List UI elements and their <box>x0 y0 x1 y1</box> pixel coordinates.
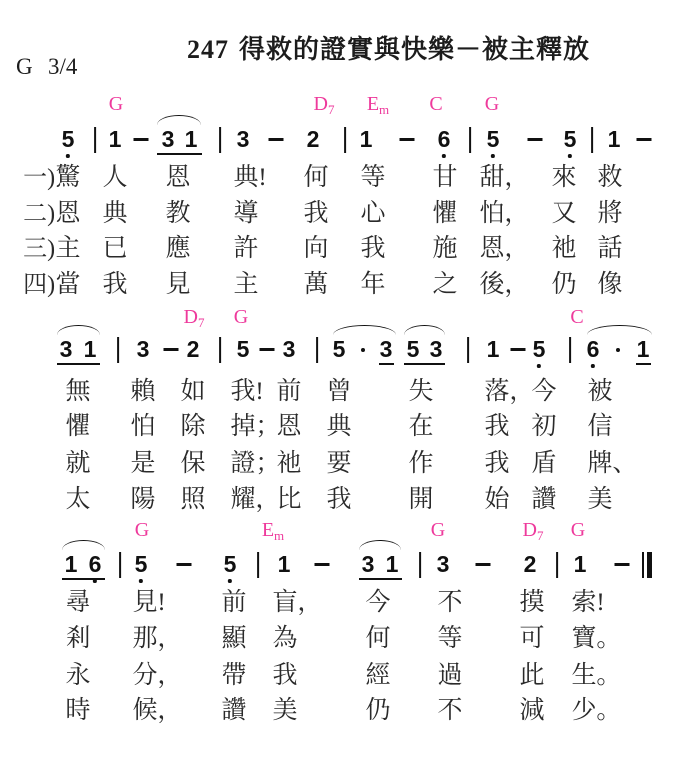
lyric-syllable: 曾 <box>325 378 353 406</box>
lyric-char: 為 <box>272 625 297 652</box>
lyric-syllable: 我 <box>483 413 511 441</box>
lyric-char: 美 <box>587 486 612 513</box>
punctuation: ! <box>255 378 263 406</box>
note-number: 2 <box>187 336 200 362</box>
duration-dash <box>177 563 192 566</box>
note-number: 5 <box>407 336 420 362</box>
lyric-syllable: 將 <box>596 200 624 228</box>
lyric-char: 除 <box>180 413 205 440</box>
lyric-char: 美 <box>272 697 297 724</box>
verse-number: 二) <box>23 200 55 228</box>
lyric-char: 我 <box>360 235 385 262</box>
lyric-char: 如 <box>180 378 205 405</box>
lyric-syllable: 失 <box>407 378 435 406</box>
lyric-char: 主 <box>55 235 80 262</box>
lyric-syllable: 信 <box>586 413 614 441</box>
lyric-syllable: 剎 <box>64 625 92 653</box>
low-octave-dot <box>591 364 595 368</box>
chord-label: C <box>429 93 442 115</box>
lyric-syllable: 讚 <box>530 486 558 514</box>
note-number: 1 <box>109 126 122 152</box>
slur-arc <box>62 540 105 550</box>
note-number: 1 <box>386 551 399 577</box>
lyric-char: 典 <box>233 164 258 191</box>
duration-dash <box>315 563 330 566</box>
lyric-syllable: 美 <box>586 486 614 514</box>
eighth-note-beam <box>62 578 105 580</box>
slur-arc <box>587 325 652 335</box>
lyric-char: 賴 <box>130 378 155 405</box>
lyric-char: 此 <box>519 662 544 689</box>
chord-root: G <box>135 519 149 541</box>
lyric-syllable: 又 <box>550 200 578 228</box>
low-octave-dot <box>228 579 232 583</box>
lyric-char: 來 <box>551 164 576 191</box>
lyric-syllable: 甜， <box>478 164 506 192</box>
punctuation: ， <box>504 164 529 192</box>
punctuation: ， <box>504 200 529 228</box>
lyric-char: 不 <box>437 697 462 724</box>
eighth-note-beam <box>157 153 202 155</box>
note-number: 3 <box>283 336 296 362</box>
lyric-char: 年 <box>360 271 385 298</box>
barline <box>316 337 318 363</box>
lyric-char: 牌 <box>587 450 612 477</box>
lyric-syllable: 心 <box>359 200 387 228</box>
lyric-char: 在 <box>408 413 433 440</box>
lyric-syllable: 耀， <box>229 486 257 514</box>
lyric-char: 剎 <box>65 625 90 652</box>
note-number: 2 <box>524 551 537 577</box>
lyric-char: 前 <box>276 378 301 405</box>
chord-label: C <box>570 306 583 328</box>
punctuation: ， <box>157 697 182 725</box>
chord-root: G <box>234 306 248 328</box>
chord-label: D7 <box>314 93 335 121</box>
lyric-syllable: 一)驚 <box>54 164 82 192</box>
lyric-char: 當 <box>55 271 80 298</box>
lyric-syllable: 教 <box>164 200 192 228</box>
chord-subscript: 7 <box>328 102 335 117</box>
lyric-syllable: 我! <box>229 378 257 406</box>
lyric-syllable: 後， <box>478 271 506 299</box>
chord-root: C <box>429 93 442 115</box>
punctuation: ! <box>157 589 165 617</box>
lyric-syllable: 主 <box>232 271 260 299</box>
lyric-syllable: 見 <box>164 271 192 299</box>
lyric-char: 被 <box>587 378 612 405</box>
barline <box>556 552 558 578</box>
lyric-char: 我 <box>484 413 509 440</box>
eighth-note-beam <box>636 363 651 365</box>
barline <box>117 337 119 363</box>
time-signature: 3/4 <box>48 54 77 80</box>
note-number: 1 <box>360 126 373 152</box>
lyric-char: 耀 <box>230 486 255 513</box>
lyric-syllable: 此 <box>518 662 546 690</box>
note-number: 5 <box>487 126 500 152</box>
lyric-syllable: 作 <box>407 450 435 478</box>
lyric-char: 像 <box>597 271 622 298</box>
chord-label: Em <box>367 93 389 121</box>
lyric-syllable: 顯 <box>220 625 248 653</box>
lyric-syllable: 就 <box>64 450 92 478</box>
lyric-syllable: 美 <box>271 697 299 725</box>
chord-label: G <box>234 306 248 328</box>
lyric-syllable: 年 <box>359 271 387 299</box>
chord-label: Em <box>262 519 284 547</box>
note-number: 2 <box>307 126 320 152</box>
chord-label: D7 <box>184 306 205 334</box>
lyric-syllable: 要 <box>325 450 353 478</box>
lyric-char: 照 <box>180 486 205 513</box>
lyric-syllable: 生。 <box>570 662 598 690</box>
chord-root: D <box>184 306 198 328</box>
lyric-char: 仍 <box>551 271 576 298</box>
lyric-syllable: 今 <box>530 378 558 406</box>
note-number: 3 <box>137 336 150 362</box>
lyric-char: 仍 <box>365 697 390 724</box>
key-signature: G <box>16 54 33 80</box>
lyric-syllable: 典! <box>232 164 260 192</box>
low-octave-dot <box>568 154 572 158</box>
eighth-note-beam <box>379 363 394 365</box>
note-number: 3 <box>437 551 450 577</box>
lyric-char: 祂 <box>276 450 301 477</box>
lyric-syllable: 恩 <box>275 413 303 441</box>
eighth-note-beam <box>57 363 100 365</box>
lyric-syllable: 被 <box>586 378 614 406</box>
lyric-char: 已 <box>102 235 127 262</box>
lyric-syllable: 在 <box>407 413 435 441</box>
lyric-char: 無 <box>65 378 90 405</box>
barline <box>467 337 469 363</box>
lyric-char: 見 <box>132 589 157 616</box>
lyric-char: 人 <box>102 164 127 191</box>
note-number: 5 <box>224 551 237 577</box>
lyric-char: 何 <box>365 625 390 652</box>
lyric-syllable: 我 <box>359 235 387 263</box>
punctuation: ， <box>504 235 529 263</box>
slur-arc <box>404 325 445 335</box>
lyric-syllable: 可 <box>518 625 546 653</box>
lyric-syllable: 何 <box>302 164 330 192</box>
lyric-char: 盾 <box>531 450 556 477</box>
note-number: 5 <box>62 126 75 152</box>
chord-root: G <box>431 519 445 541</box>
lyric-syllable: 始 <box>483 486 511 514</box>
barline <box>569 337 571 363</box>
lyric-syllable: 仍 <box>364 697 392 725</box>
lyric-syllable: 掉； <box>229 413 257 441</box>
hymn-title-row: 247得救的證實與快樂－被主釋放 <box>187 29 590 66</box>
lyric-syllable: 導 <box>232 200 260 228</box>
chord-root: E <box>262 519 274 541</box>
chord-subscript: 7 <box>537 528 544 543</box>
lyric-char: 今 <box>531 378 556 405</box>
lyric-char: 盲 <box>272 589 297 616</box>
duration-dash <box>528 138 543 141</box>
lyric-syllable: 向 <box>302 235 330 263</box>
punctuation: ， <box>504 271 529 299</box>
note-number: 3 <box>380 336 393 362</box>
chord-root: D <box>314 93 328 115</box>
note-number: 5 <box>237 336 250 362</box>
hymn-title: 得救的證實與快樂－被主釋放 <box>239 35 590 64</box>
lyric-char: 應 <box>165 235 190 262</box>
note-number: 1 <box>278 551 291 577</box>
note-number: 5 <box>135 551 148 577</box>
low-octave-dot <box>66 154 70 158</box>
barline <box>119 552 121 578</box>
lyric-char: 我 <box>102 271 127 298</box>
lyric-syllable: 我 <box>101 271 129 299</box>
punctuation: 、 <box>612 450 637 478</box>
lyric-syllable: 祂 <box>275 450 303 478</box>
verse-number: 四) <box>23 271 55 299</box>
lyric-char: 陽 <box>130 486 155 513</box>
lyric-syllable: 怕， <box>478 200 506 228</box>
lyric-char: 生 <box>571 662 596 689</box>
lyric-syllable: 祂 <box>550 235 578 263</box>
lyric-syllable: 比 <box>275 486 303 514</box>
lyric-char: 驚 <box>55 164 80 191</box>
lyric-syllable: 像 <box>596 271 624 299</box>
slur-arc <box>333 325 396 335</box>
lyric-syllable: 寶。 <box>570 625 598 653</box>
lyric-syllable: 除 <box>179 413 207 441</box>
lyric-char: 保 <box>180 450 205 477</box>
lyric-char: 恩 <box>479 235 504 262</box>
lyric-char: 要 <box>326 450 351 477</box>
augmentation-dot <box>361 348 365 352</box>
lyric-char: 初 <box>531 413 556 440</box>
note-number: 1 <box>487 336 500 362</box>
lyric-char: 施 <box>432 235 457 262</box>
lyric-char: 讚 <box>221 697 246 724</box>
hymn-sheet-page: 247得救的證實與快樂－被主釋放 G 3/4 GD7EmCG5131321655… <box>0 0 680 769</box>
lyric-char: 懼 <box>432 200 457 227</box>
lyric-syllable: 賴 <box>129 378 157 406</box>
lyric-char: 過 <box>437 662 462 689</box>
barline <box>469 127 471 153</box>
punctuation: ， <box>157 662 182 690</box>
lyric-char: 讚 <box>531 486 556 513</box>
lyric-char: 又 <box>551 200 576 227</box>
lyric-syllable: 過 <box>436 662 464 690</box>
lyric-char: 我 <box>326 486 351 513</box>
chord-label: G <box>135 519 149 541</box>
lyric-syllable: 開 <box>407 486 435 514</box>
lyric-char: 向 <box>303 235 328 262</box>
lyric-char: 何 <box>303 164 328 191</box>
lyric-syllable: 減 <box>518 697 546 725</box>
punctuation: ， <box>297 589 322 617</box>
lyric-syllable: 何 <box>364 625 392 653</box>
lyric-syllable: 不 <box>436 589 464 617</box>
lyric-syllable: 盲， <box>271 589 299 617</box>
note-number: 1 <box>608 126 621 152</box>
lyric-char: 我 <box>303 200 328 227</box>
verse-number: 三) <box>23 235 55 263</box>
augmentation-dot <box>616 348 620 352</box>
lyric-char: 掉 <box>230 413 255 440</box>
lyric-char: 減 <box>519 697 544 724</box>
lyric-syllable: 證； <box>229 450 257 478</box>
lyric-syllable: 施 <box>431 235 459 263</box>
lyric-char: 分 <box>132 662 157 689</box>
lyric-syllable: 今 <box>364 589 392 617</box>
lyric-syllable: 人 <box>101 164 129 192</box>
lyric-char: 比 <box>276 486 301 513</box>
note-number: 6 <box>89 551 102 577</box>
duration-dash <box>260 348 275 351</box>
lyric-syllable: 如 <box>179 378 207 406</box>
lyric-char: 心 <box>360 200 385 227</box>
lyric-syllable: 時 <box>64 697 92 725</box>
slur-arc <box>57 325 100 335</box>
lyric-char: 可 <box>519 625 544 652</box>
lyric-syllable: 等 <box>436 625 464 653</box>
lyric-syllable: 見! <box>131 589 159 617</box>
lyric-syllable: 讚 <box>220 697 248 725</box>
lyric-syllable: 我 <box>271 662 299 690</box>
lyric-syllable: 前 <box>275 378 303 406</box>
lyric-char: 摸 <box>519 589 544 616</box>
punctuation: 。 <box>596 662 621 690</box>
lyric-syllable: 分， <box>131 662 159 690</box>
hymn-number: 247 <box>187 35 229 64</box>
lyric-char: 救 <box>597 164 622 191</box>
lyric-syllable: 懼 <box>64 413 92 441</box>
lyric-syllable: 我 <box>325 486 353 514</box>
lyric-char: 萬 <box>303 271 328 298</box>
lyric-syllable: 前 <box>220 589 248 617</box>
lyric-syllable: 候， <box>131 697 159 725</box>
note-number: 1 <box>65 551 78 577</box>
lyric-char: 之 <box>432 271 457 298</box>
barline <box>219 337 221 363</box>
lyric-char: 不 <box>437 589 462 616</box>
lyric-syllable: 之 <box>431 271 459 299</box>
duration-dash <box>637 138 652 141</box>
barline <box>419 552 421 578</box>
lyric-syllable: 照 <box>179 486 207 514</box>
lyric-char: 證 <box>230 450 255 477</box>
lyric-char: 開 <box>408 486 433 513</box>
lyric-char: 少 <box>571 697 596 724</box>
lyric-syllable: 二)恩 <box>54 200 82 228</box>
note-number: 6 <box>438 126 451 152</box>
lyric-syllable: 仍 <box>550 271 578 299</box>
lyric-syllable: 恩 <box>164 164 192 192</box>
barline <box>219 127 221 153</box>
lyric-syllable: 太 <box>64 486 92 514</box>
lyric-syllable: 我 <box>302 200 330 228</box>
eighth-note-beam <box>404 363 445 365</box>
punctuation: 。 <box>596 625 621 653</box>
lyric-syllable: 摸 <box>518 589 546 617</box>
chord-root: C <box>570 306 583 328</box>
lyric-char: 主 <box>233 271 258 298</box>
note-number: 1 <box>574 551 587 577</box>
lyric-syllable: 許 <box>232 235 260 263</box>
chord-root: G <box>485 93 499 115</box>
lyric-char: 教 <box>165 200 190 227</box>
note-number: 5 <box>533 336 546 362</box>
lyric-syllable: 經 <box>364 662 392 690</box>
lyric-syllable: 應 <box>164 235 192 263</box>
lyric-syllable: 救 <box>596 164 624 192</box>
lyric-syllable: 萬 <box>302 271 330 299</box>
lyric-char: 曾 <box>326 378 351 405</box>
lyric-char: 我 <box>230 378 255 405</box>
lyric-char: 將 <box>597 200 622 227</box>
lyric-char: 甘 <box>432 164 457 191</box>
lyric-syllable: 永 <box>64 662 92 690</box>
lyric-char: 怕 <box>130 413 155 440</box>
lyric-syllable: 尋 <box>64 589 92 617</box>
lyric-syllable: 典 <box>101 200 129 228</box>
lyric-char: 經 <box>365 662 390 689</box>
lyric-syllable: 甘 <box>431 164 459 192</box>
lyric-char: 索 <box>571 589 596 616</box>
lyric-char: 太 <box>65 486 90 513</box>
duration-dash <box>511 348 526 351</box>
final-barline-thick <box>647 552 652 578</box>
lyric-syllable: 已 <box>101 235 129 263</box>
duration-dash <box>164 348 179 351</box>
lyric-char: 恩 <box>55 200 80 227</box>
lyric-syllable: 盾 <box>530 450 558 478</box>
duration-dash <box>269 138 284 141</box>
lyric-char: 導 <box>233 200 258 227</box>
chord-label: G <box>109 93 123 115</box>
lyric-char: 顯 <box>221 625 246 652</box>
duration-dash <box>134 138 149 141</box>
lyric-char: 寶 <box>571 625 596 652</box>
barline <box>591 127 593 153</box>
lyric-syllable: 來 <box>550 164 578 192</box>
lyric-char: 今 <box>365 589 390 616</box>
lyric-char: 前 <box>221 589 246 616</box>
note-number: 3 <box>162 126 175 152</box>
lyric-char: 帶 <box>221 662 246 689</box>
lyric-syllable: 怕 <box>129 413 157 441</box>
lyric-syllable: 保 <box>179 450 207 478</box>
note-number: 1 <box>84 336 97 362</box>
lyric-char: 作 <box>408 450 433 477</box>
lyric-char: 懼 <box>65 413 90 440</box>
chord-subscript: m <box>379 102 389 117</box>
note-number: 3 <box>237 126 250 152</box>
lyric-syllable: 少。 <box>570 697 598 725</box>
lyric-char: 典 <box>326 413 351 440</box>
punctuation: ， <box>157 625 182 653</box>
lyric-syllable: 懼 <box>431 200 459 228</box>
note-number: 3 <box>60 336 73 362</box>
chord-label: G <box>485 93 499 115</box>
lyric-char: 尋 <box>65 589 90 616</box>
lyric-char: 那 <box>132 625 157 652</box>
lyric-syllable: 四)當 <box>54 271 82 299</box>
lyric-char: 許 <box>233 235 258 262</box>
lyric-char: 恩 <box>165 164 190 191</box>
lyric-syllable: 為 <box>271 625 299 653</box>
chord-subscript: 7 <box>198 315 205 330</box>
lyric-syllable: 那， <box>131 625 159 653</box>
barline <box>257 552 259 578</box>
